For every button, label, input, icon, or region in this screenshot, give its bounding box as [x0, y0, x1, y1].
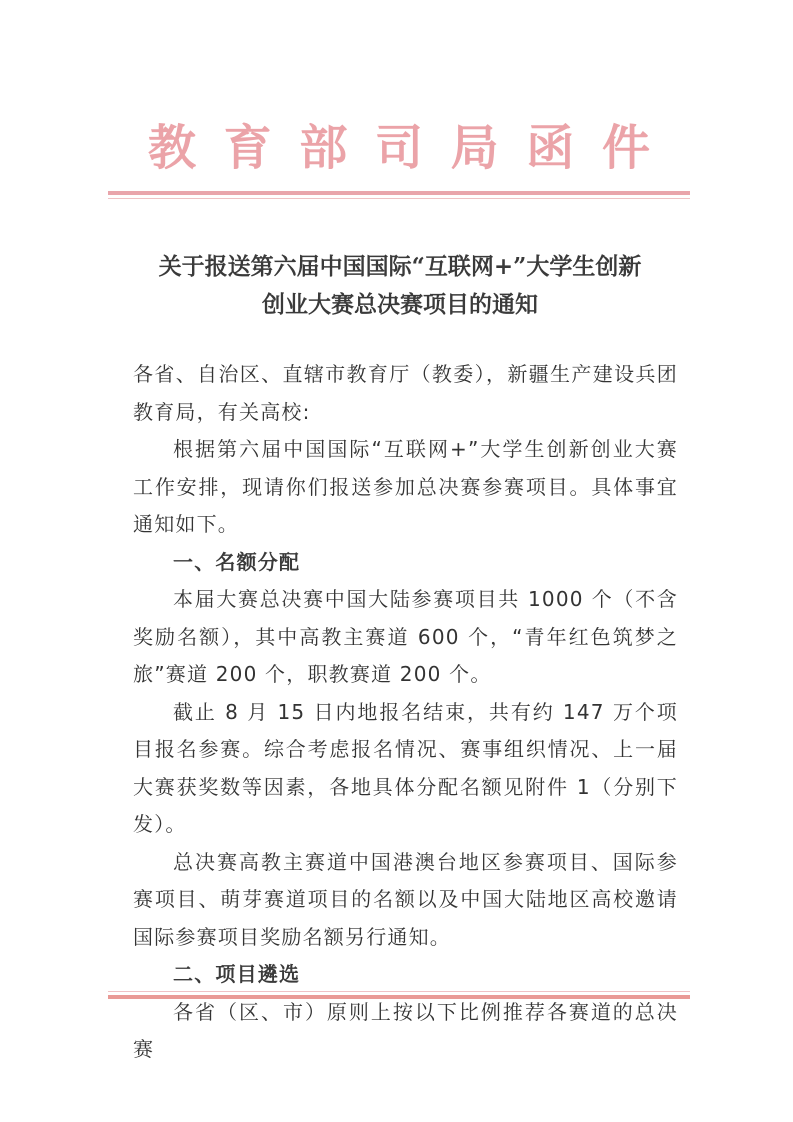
quota-paragraph-1: 本届大赛总决赛中国大陆参赛项目共 1000 个（不含奖励名额），其中高教主赛道 … — [133, 581, 678, 694]
quota-paragraph-2: 截止 8 月 15 日内地报名结束，共有约 147 万个项目报名参赛。综合考虑报… — [133, 694, 678, 844]
section-heading-quota: 一、名额分配 — [133, 544, 678, 582]
document-title: 关于报送第六届中国国际“互联网+”大学生创新 创业大赛总决赛项目的通知 — [100, 248, 700, 324]
document-title-line-1: 关于报送第六届中国国际“互联网+”大学生创新 — [100, 248, 700, 286]
section-heading-selection: 二、项目遴选 — [133, 956, 678, 994]
letterhead-char: 部 — [299, 118, 347, 178]
document-body: 各省、自治区、直辖市教育厅（教委），新疆生产建设兵团教育局，有关高校: 根据第六… — [133, 356, 678, 1069]
letterhead-char: 局 — [451, 118, 499, 178]
letterhead-char: 教 — [148, 118, 196, 178]
document-title-line-2: 创业大赛总决赛项目的通知 — [100, 286, 700, 324]
letterhead-divider-thin — [108, 198, 690, 199]
letterhead-title: 教 育 部 司 局 函 件 — [108, 118, 690, 178]
footer-divider-thin — [108, 991, 690, 992]
letterhead-char: 件 — [602, 118, 650, 178]
addressee: 各省、自治区、直辖市教育厅（教委），新疆生产建设兵团教育局，有关高校: — [133, 356, 678, 431]
letterhead-char: 育 — [224, 118, 272, 178]
footer-divider-thick — [108, 995, 690, 999]
selection-paragraph-1: 各省（区、市）原则上按以下比例推荐各赛道的总决赛 — [133, 994, 678, 1069]
letterhead-char: 司 — [375, 118, 423, 178]
intro-paragraph: 根据第六届中国国际“互联网+”大学生创新创业大赛工作安排，现请你们报送参加总决赛… — [133, 431, 678, 544]
letterhead-divider-thick — [108, 191, 690, 195]
letterhead-char: 函 — [526, 118, 574, 178]
quota-paragraph-3: 总决赛高教主赛道中国港澳台地区参赛项目、国际参赛项目、萌芽赛道项目的名额以及中国… — [133, 844, 678, 957]
